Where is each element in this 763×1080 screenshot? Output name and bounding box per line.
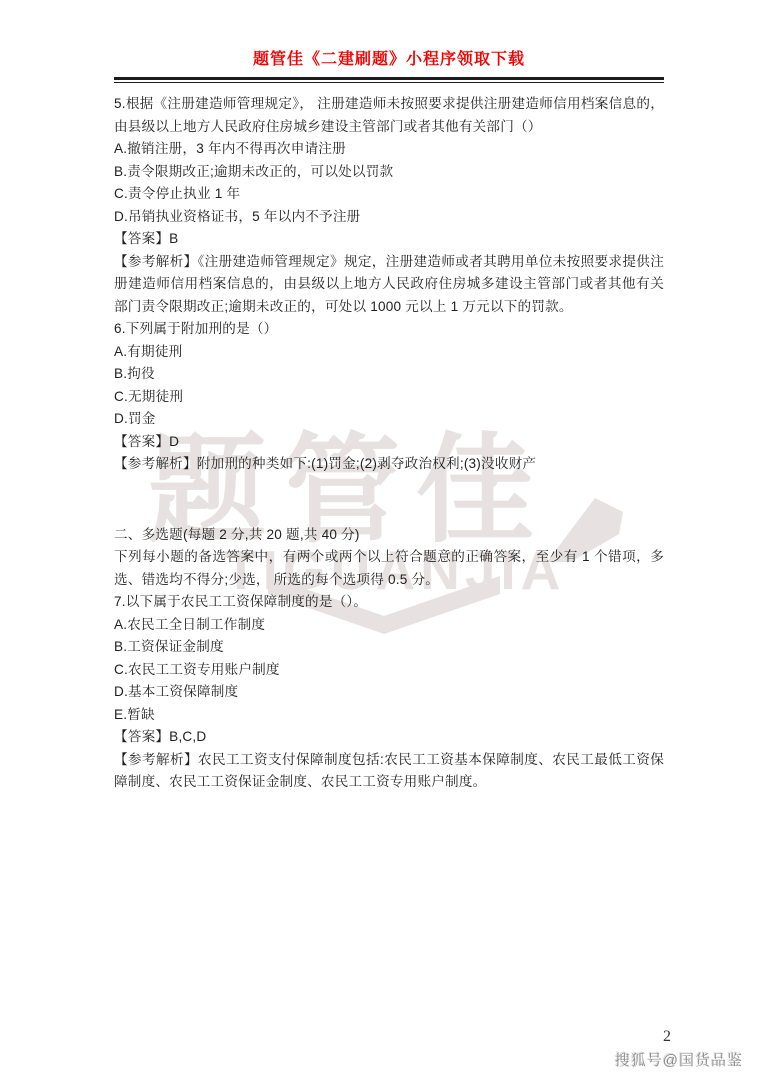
option-b: B.工资保证金制度: [114, 636, 664, 659]
question-stem: 6.下列属于附加刑的是（）: [114, 318, 664, 341]
option-d: D.吊销执业资格证书，5 年以内不予注册: [114, 206, 664, 229]
option-c: C.农民工工资专用账户制度: [114, 659, 664, 682]
section-heading: 二、多选题(每题 2 分,共 20 题,共 40 分): [114, 524, 664, 547]
option-b: B.拘役: [114, 363, 664, 386]
option-a: A.农民工全日制工作制度: [114, 614, 664, 637]
document-page: 题管佳 TIGUANJIA 题管佳《二建刷题》小程序领取下载 5.根据《注册建造…: [0, 0, 763, 1080]
question-7: 7.以下属于农民工工资保障制度的是（）。 A.农民工全日制工作制度 B.工资保证…: [114, 591, 664, 794]
analysis-line: 【参考解析】《注册建造师管理规定》规定，注册建造师或者其聘用单位未按照要求提供注…: [114, 251, 664, 319]
section-multi-choice: 二、多选题(每题 2 分,共 20 题,共 40 分) 下列每小题的备选答案中，…: [114, 524, 664, 592]
option-c: C.责令停止执业 1 年: [114, 183, 664, 206]
option-a: A.有期徒刑: [114, 341, 664, 364]
source-stamp: 搜狐号@国货品鉴: [615, 1049, 743, 1070]
option-d: D.基本工资保障制度: [114, 681, 664, 704]
header-rule: [114, 77, 664, 83]
analysis-line: 【参考解析】附加刑的种类如下:(1)罚金;(2)剥夺政治权利;(3)没收财产: [114, 453, 664, 476]
option-e: E.暂缺: [114, 704, 664, 727]
page-number: 2: [663, 1028, 671, 1046]
question-6: 6.下列属于附加刑的是（） A.有期徒刑 B.拘役 C.无期徒刑 D.罚金 【答…: [114, 318, 664, 476]
option-a: A.撤销注册，3 年内不得再次申请注册: [114, 138, 664, 161]
question-stem: 7.以下属于农民工工资保障制度的是（）。: [114, 591, 664, 614]
option-b: B.责令限期改正;逾期未改正的，可以处以罚款: [114, 161, 664, 184]
answer-line: 【答案】B,C,D: [114, 726, 664, 749]
answer-line: 【答案】D: [114, 431, 664, 454]
option-d: D.罚金: [114, 408, 664, 431]
question-5: 5.根据《注册建造师管理规定》， 注册建造师未按照要求提供注册建造师信用档案信息…: [114, 93, 664, 318]
header-title: 题管佳《二建刷题》小程序领取下载: [114, 48, 664, 72]
section-instructions: 下列每小题的备选答案中，有两个或两个以上符合题意的正确答案，至少有 1 个错项，…: [114, 546, 664, 591]
analysis-line: 【参考解析】农民工工资支付保障制度包括:农民工工资基本保障制度、农民工最低工资保…: [114, 749, 664, 794]
answer-line: 【答案】B: [114, 228, 664, 251]
option-c: C.无期徒刑: [114, 386, 664, 409]
question-stem: 5.根据《注册建造师管理规定》， 注册建造师未按照要求提供注册建造师信用档案信息…: [114, 93, 664, 138]
page-content: 题管佳《二建刷题》小程序领取下载 5.根据《注册建造师管理规定》， 注册建造师未…: [114, 48, 664, 794]
